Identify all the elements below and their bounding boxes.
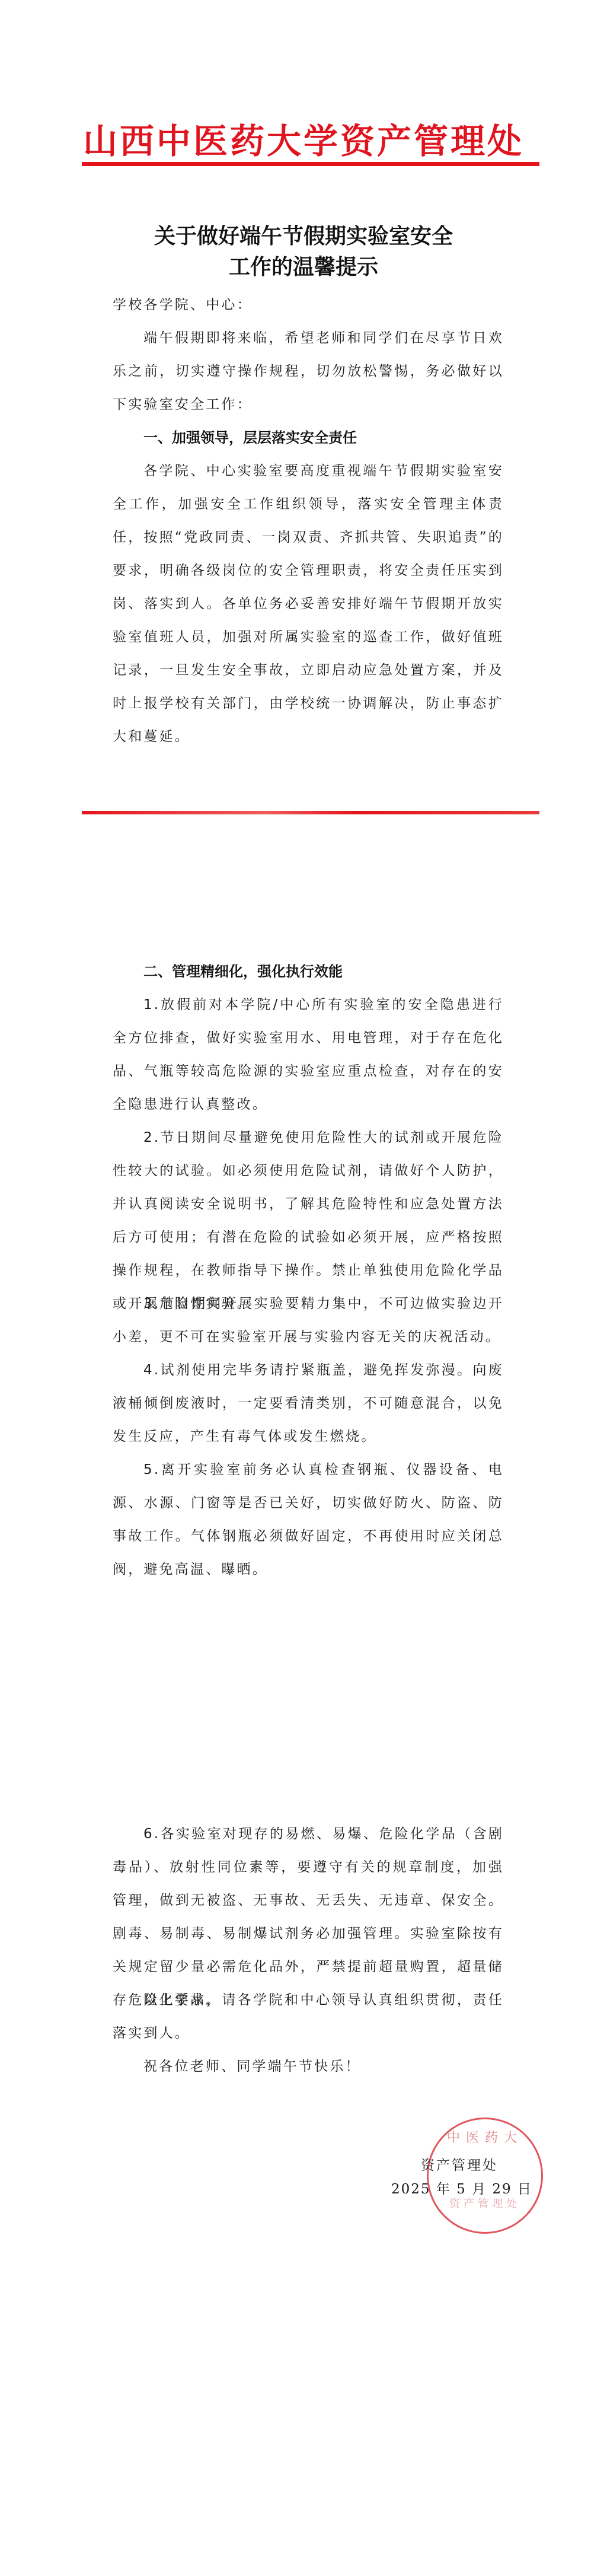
section-1-heading: 一、加强领导，层层落实安全责任 <box>113 421 504 454</box>
document-title-line-1: 关于做好端午节假期实验室安全 <box>0 221 607 251</box>
masthead-org-title: 山西中医药大学资产管理处 <box>0 117 607 165</box>
section-2-item-3: 3.节日期间开展实验要精力集中，不可边做实验边开小差，更不可在实验室开展与实验内… <box>113 1287 504 1354</box>
masthead-red-divider <box>82 162 539 166</box>
intro-paragraph: 端午假期即将来临，希望老师和同学们在尽享节日欢乐之前，切实遵守操作规程，切勿放松… <box>113 321 504 421</box>
section-2-item-5: 5.离开实验室前务必认真检查钢瓶、仪器设备、电源、水源、门窗等是否已关好，切实做… <box>113 1453 504 1586</box>
salutation: 学校各学院、中心： <box>113 288 504 321</box>
signature-date: 2025 年 5 月 29 日 <box>391 2178 532 2198</box>
section-2-item-1: 1.放假前对本学院/中心所有实验室的安全隐患进行全方位排查，做好实验室用水、用电… <box>113 988 504 1121</box>
section-2-heading: 二、管理精细化，强化执行效能 <box>113 955 504 988</box>
official-seal-stamp: 中医药大 资产管理处 <box>427 2118 543 2234</box>
document-title-line-2: 工作的温馨提示 <box>0 251 607 282</box>
page-break-red-divider <box>82 811 539 814</box>
signature-org: 资产管理处 <box>421 2154 498 2174</box>
document-title: 关于做好端午节假期实验室安全 工作的温馨提示 <box>0 221 607 282</box>
section-1-paragraph: 各学院、中心实验室要高度重视端午节假期实验室安全工作，加强安全工作组织领导，落实… <box>113 454 504 753</box>
holiday-greeting: 祝各位老师、同学端午节快乐！ <box>113 2050 504 2083</box>
section-2-item-4: 4.试剂使用完毕务请拧紧瓶盖，避免挥发弥漫。向废液桶倾倒废液时，一定要看清类别，… <box>113 1354 504 1453</box>
closing-paragraph: 以上要求，请各学院和中心领导认真组织贯彻，责任落实到人。 <box>113 1983 504 2050</box>
seal-arc-text: 中医药大 <box>429 2128 541 2146</box>
